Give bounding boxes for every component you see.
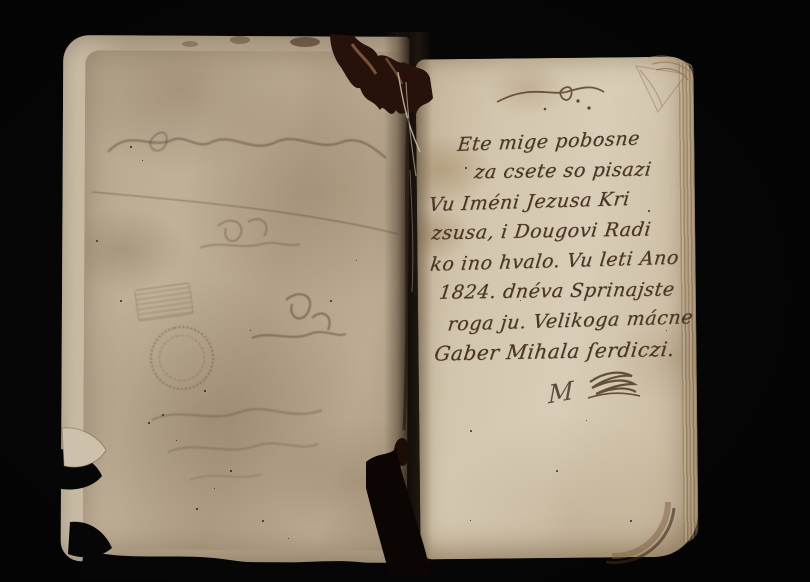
photograph-of-open-manuscript-book: Ete mige pobosne za csete so pisazi Vu I… [0, 0, 810, 582]
pastedown-page [83, 50, 408, 551]
cursive-m-monogram: M [548, 376, 573, 410]
stain-speckles [0, 0, 1, 1]
manuscript-line: Gaber Mihala ſerdiczi. [433, 333, 702, 368]
front-cover-inside [61, 35, 410, 563]
stamp-inner-ring [154, 330, 210, 386]
book-gutter-shadow [384, 32, 432, 564]
handwritten-inscription: Ete mige pobosne za csete so pisazi Vu I… [427, 123, 700, 369]
